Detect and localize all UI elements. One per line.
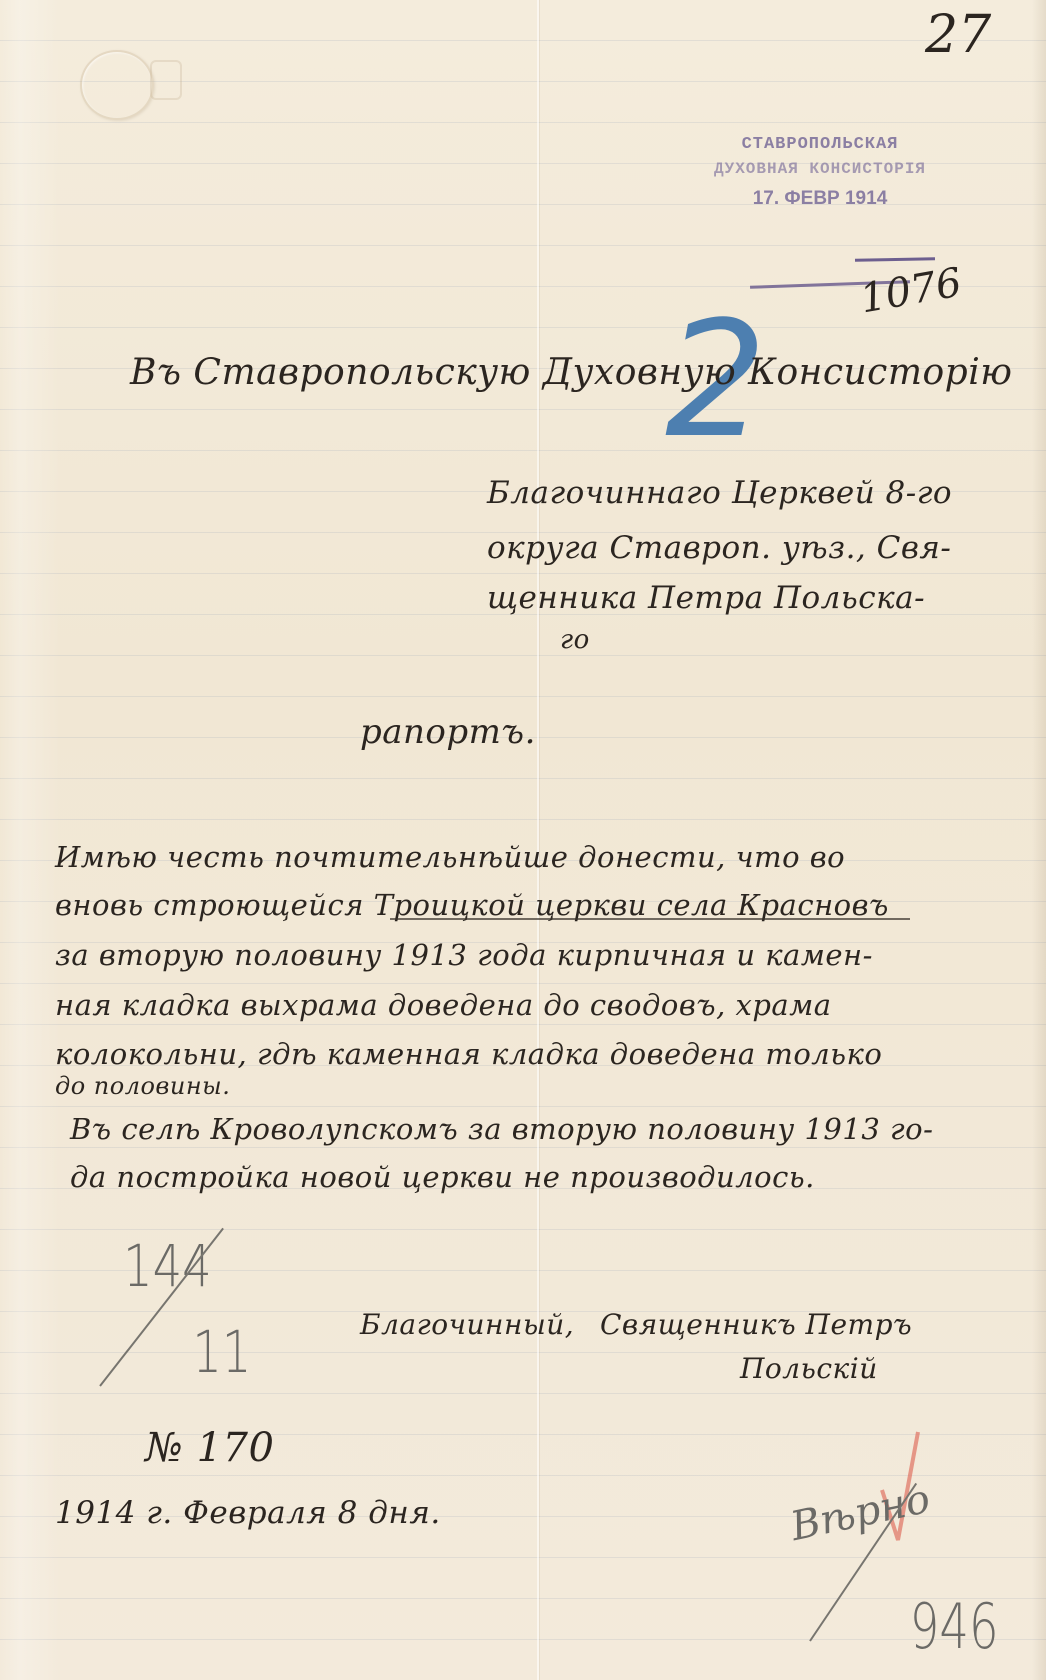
stamp-line-2: ДУХОВНАЯ КОНСИСТОРІЯ xyxy=(690,160,950,178)
consistory-stamp: СТАВРОПОЛЬСКАЯ ДУХОВНАЯ КОНСИСТОРІЯ 17. … xyxy=(690,135,950,210)
registration-number: 1076 xyxy=(857,260,965,323)
stamp-date: 17. ФЕВР 1914 xyxy=(690,188,950,210)
stamp-line-1: СТАВРОПОЛЬСКАЯ xyxy=(690,135,950,154)
underline xyxy=(390,918,910,920)
body-line: Въ селѣ Кроволупскомъ за вторую половину… xyxy=(70,1112,933,1146)
body-line: за вторую половину 1913 года кирпичная и… xyxy=(55,938,873,972)
body-line: вновь строющейся Троицкой церкви села Кр… xyxy=(55,888,889,922)
document-page: 27 СТАВРОПОЛЬСКАЯ ДУХОВНАЯ КОНСИСТОРІЯ 1… xyxy=(0,0,1046,1680)
signature-title: Благочинный, xyxy=(360,1308,574,1341)
document-title: рапортъ. xyxy=(360,712,536,752)
body-line: да постройка новой церкви не производило… xyxy=(70,1160,815,1194)
sender-line: Благочиннаго Церквей 8-го xyxy=(487,475,952,511)
body-line: ная кладка выхрама доведена до сводовъ, … xyxy=(55,988,832,1022)
embossed-mark-icon xyxy=(150,60,182,100)
body-line: колокольни, гдѣ каменная кладка доведена… xyxy=(55,1037,882,1071)
signature-surname: Польскій xyxy=(740,1352,878,1385)
sender-line: го xyxy=(560,625,590,655)
signature-name: Священникъ Петръ xyxy=(600,1308,912,1341)
pencil-fraction-top: 144 xyxy=(123,1232,212,1300)
pencil-fraction-bottom: 11 xyxy=(192,1318,251,1386)
pencil-number: 946 xyxy=(910,1590,999,1663)
embossed-seal-icon xyxy=(80,50,154,120)
folio-number: 27 xyxy=(925,5,991,65)
sender-line: округа Ставроп. уѣз., Свя- xyxy=(487,530,951,566)
stamp-stroke xyxy=(855,257,935,261)
document-date: 1914 г. Февраля 8 дня. xyxy=(55,1495,441,1531)
body-line: до половины. xyxy=(55,1072,230,1100)
sender-line: щенника Петра Польска- xyxy=(487,580,925,616)
addressee: Въ Ставропольскую Духовную Консисторію xyxy=(130,352,1012,393)
page-edge-shadow xyxy=(1032,0,1046,1680)
body-line: Имѣю честь почтительнѣйше донести, что в… xyxy=(55,840,845,874)
outgoing-number: № 170 xyxy=(145,1425,274,1471)
